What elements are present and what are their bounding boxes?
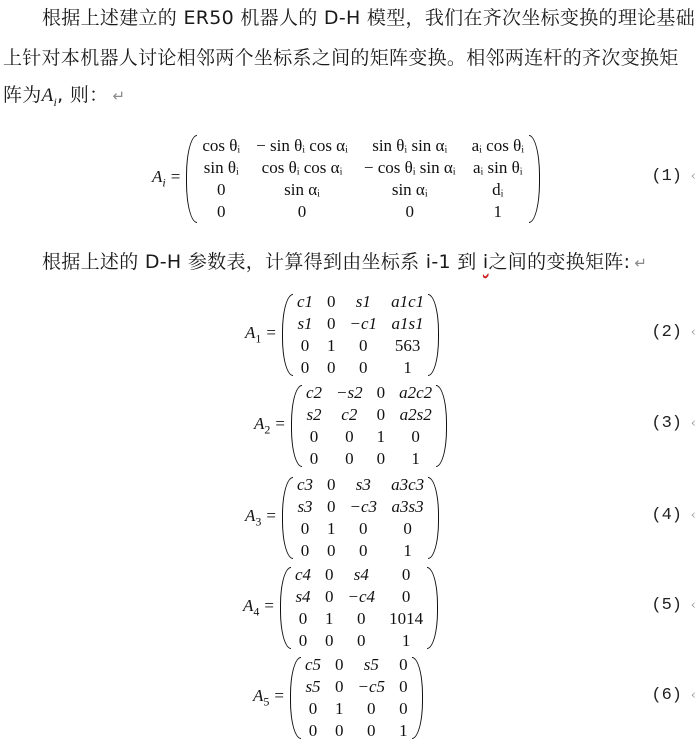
- matrix-cell: a2c2: [392, 382, 439, 404]
- matrix-cell: 0: [328, 676, 351, 698]
- matrix-cell: cos θᵢ: [194, 135, 248, 157]
- matrix-cell: 0: [290, 335, 320, 357]
- anchor-mark-icon: ‹: [691, 325, 696, 340]
- matrix-cell: c3: [290, 474, 320, 496]
- equation-lhs: A5=: [253, 686, 284, 709]
- anchor-mark-icon: ‹: [691, 169, 696, 184]
- matrix-cell: 0: [290, 357, 320, 379]
- matrix-cell: − cos θᵢ sin αᵢ: [356, 157, 464, 179]
- anchor-mark-icon: ‹: [691, 416, 696, 431]
- matrix-cell: 0: [329, 426, 370, 448]
- matrix-cell: 0: [343, 357, 385, 379]
- matrix-cell: 0: [370, 382, 393, 404]
- matrix-cell: 1: [382, 630, 430, 652]
- equation-number: (5): [651, 596, 682, 615]
- matrix-cell: 1: [392, 448, 439, 470]
- matrix-cell: 1: [384, 357, 431, 379]
- matrix-cell: −c4: [341, 586, 383, 608]
- matrix-cell: 0: [318, 586, 341, 608]
- matrix-cell: 0: [290, 518, 320, 540]
- matrix-cell: c2: [299, 382, 329, 404]
- matrix-cell: 1: [370, 426, 393, 448]
- matrix-cell: 0: [299, 426, 329, 448]
- matrix-cell: sin αᵢ: [248, 179, 356, 201]
- matrix-cell: 0: [320, 496, 343, 518]
- matrix-cell: 0: [320, 357, 343, 379]
- matrix-cell: 1: [320, 335, 343, 357]
- matrix-cell: 0: [288, 608, 318, 630]
- matrix-cell: 0: [320, 540, 343, 562]
- matrix-cell: a1c1: [384, 291, 431, 313]
- equation-lhs: A2=: [254, 414, 285, 437]
- matrix-A1: c10s1a1c1 s10−c1a1s1 010563 0001: [290, 291, 431, 379]
- matrix-cell: 0: [320, 313, 343, 335]
- matrix-A5: c50s50 s50−c50 0100 0001: [298, 654, 415, 740]
- matrix-cell: c2: [329, 404, 370, 426]
- right-parenthesis: [436, 385, 447, 467]
- matrix-cell: 1: [328, 698, 351, 720]
- intro-text-3-suffix: , 则：: [57, 84, 108, 106]
- anchor-mark-icon: ‹: [691, 598, 696, 613]
- matrix-cell: 0: [298, 698, 328, 720]
- matrix-cell: c1: [290, 291, 320, 313]
- matrix-cell: 0: [341, 608, 383, 630]
- matrix-cell: s5: [351, 654, 393, 676]
- matrix-A2: c2−s20a2c2 s2c20a2s2 0010 0001: [299, 382, 439, 470]
- right-parenthesis: [412, 657, 423, 739]
- matrix-cell: s2: [299, 404, 329, 426]
- matrix-cell: 0: [298, 720, 328, 740]
- intro-paragraph-line-2: 上针对本机器人讨论相邻两个坐标系之间的矩阵变换。相邻两连杆的齐次变换矩: [3, 38, 696, 78]
- matrix-cell: aᵢ sin θᵢ: [464, 157, 532, 179]
- matrix-cell: dᵢ: [464, 179, 532, 201]
- matrix-cell: 0: [384, 518, 431, 540]
- intro-paragraph-line-1: 根据上述建立的 ER50 机器人的 D-H 模型，我们在齐次坐标变换的理论基础: [42, 0, 696, 38]
- matrix-cell: c4: [288, 564, 318, 586]
- equation-2: A1= c10s1a1c1 s10−c1a1s1 010563 0001 (2)…: [0, 294, 696, 376]
- matrix-cell: aᵢ cos θᵢ: [464, 135, 532, 157]
- matrix-cell: s3: [290, 496, 320, 518]
- matrix-cell: 0: [370, 404, 393, 426]
- matrix-cell: 0: [341, 630, 383, 652]
- matrix-cell: 0: [328, 720, 351, 740]
- matrices-intro-suffix: 之间的变换矩阵:: [489, 251, 631, 273]
- matrix-cell: 0: [351, 698, 393, 720]
- matrix-cell: 1: [318, 608, 341, 630]
- right-parenthesis: [428, 477, 439, 559]
- equation-4: A3= c30s3a3c3 s30−c3a3s3 0100 0001 (4) ‹: [0, 477, 696, 559]
- matrix-cell: 0: [343, 518, 385, 540]
- matrix-cell: 0: [299, 448, 329, 470]
- equation-lhs: A3=: [245, 506, 276, 529]
- matrix-cell: sin θᵢ: [194, 157, 248, 179]
- equation-lhs: A4=: [243, 596, 274, 619]
- matrix-cell: 1014: [382, 608, 430, 630]
- equation-number: (6): [651, 686, 682, 705]
- equation-lhs: A1=: [245, 323, 276, 346]
- matrix-A-i: cos θᵢ − sin θᵢ cos αᵢ sin θᵢ sin αᵢ aᵢ …: [194, 135, 532, 223]
- matrix-cell: a1s1: [384, 313, 431, 335]
- matrix-cell: cos θᵢ cos αᵢ: [248, 157, 356, 179]
- matrix-cell: 0: [392, 426, 439, 448]
- matrix-cell: 0: [320, 474, 343, 496]
- matrix-cell: 0: [351, 720, 393, 740]
- matrix-cell: 0: [248, 201, 356, 223]
- matrix-cell: c5: [298, 654, 328, 676]
- matrix-cell: − sin θᵢ cos αᵢ: [248, 135, 356, 157]
- matrix-cell: −s2: [329, 382, 370, 404]
- matrix-cell: s4: [341, 564, 383, 586]
- matrix-cell: 0: [318, 630, 341, 652]
- equation-3: A2= c2−s20a2c2 s2c20a2s2 0010 0001 (3) ‹: [0, 385, 696, 467]
- intro-text-3-prefix: 阵为: [3, 84, 42, 106]
- equation-number: (4): [651, 506, 682, 525]
- matrix-cell: 0: [328, 654, 351, 676]
- matrix-cell: 0: [318, 564, 341, 586]
- matrix-cell: 1: [320, 518, 343, 540]
- intro-text-1: 根据上述建立的 ER50 机器人的 D-H 模型，我们在齐次坐标变换的理论基础: [42, 7, 695, 29]
- matrix-symbol-A: A: [42, 85, 54, 106]
- matrix-cell: s1: [343, 291, 385, 313]
- matrices-intro-text: 根据上述的 D-H 参数表，计算得到由坐标系 i-1 到: [42, 251, 483, 273]
- matrix-cell: 0: [343, 335, 385, 357]
- matrix-cell: 0: [288, 630, 318, 652]
- matrix-cell: s4: [288, 586, 318, 608]
- matrix-A4: c40s40 s40−c40 0101014 0001: [288, 564, 430, 652]
- equation-number: (3): [651, 414, 682, 433]
- matrix-cell: −c3: [343, 496, 385, 518]
- matrix-cell: sin θᵢ sin αᵢ: [356, 135, 464, 157]
- equation-lhs: Ai=: [152, 167, 180, 190]
- right-parenthesis: [427, 567, 438, 649]
- matrix-cell: a2s2: [392, 404, 439, 426]
- matrix-cell: 0: [370, 448, 393, 470]
- matrix-cell: 0: [343, 540, 385, 562]
- equation-6: A5= c50s50 s50−c50 0100 0001 (6) ‹: [0, 657, 696, 739]
- matrix-cell: a3c3: [384, 474, 431, 496]
- matrix-cell: −c5: [351, 676, 393, 698]
- equation-1: Ai= cos θᵢ − sin θᵢ cos αᵢ sin θᵢ sin αᵢ…: [0, 135, 696, 223]
- matrix-cell: a3s3: [384, 496, 431, 518]
- intro-text-2: 上针对本机器人讨论相邻两个坐标系之间的矩阵变换。相邻两连杆的齐次变换矩: [3, 47, 679, 69]
- paragraph-return-mark-icon: ↵: [112, 87, 125, 105]
- equation-5: A4= c40s40 s40−c40 0101014 0001 (5) ‹: [0, 567, 696, 649]
- matrix-cell: 0: [290, 540, 320, 562]
- matrix-cell: 0: [194, 179, 248, 201]
- matrix-cell: 0: [320, 291, 343, 313]
- matrices-intro-paragraph: 根据上述的 D-H 参数表，计算得到由坐标系 i-1 到 i之间的变换矩阵:↵: [42, 242, 696, 283]
- matrix-cell: 0: [382, 564, 430, 586]
- intro-paragraph-line-3: 阵为Ai, 则：↵: [3, 75, 696, 122]
- matrix-cell: s1: [290, 313, 320, 335]
- matrix-cell: 563: [384, 335, 431, 357]
- paragraph-return-mark-icon: ↵: [634, 254, 647, 272]
- matrix-cell: sin αᵢ: [356, 179, 464, 201]
- right-parenthesis: [529, 135, 540, 223]
- matrix-cell: 0: [356, 201, 464, 223]
- anchor-mark-icon: ‹: [691, 688, 696, 703]
- right-parenthesis: [428, 294, 439, 376]
- equation-number: (1): [651, 167, 682, 186]
- matrix-cell: 0: [329, 448, 370, 470]
- matrix-cell: −c1: [343, 313, 385, 335]
- matrix-cell: 0: [382, 586, 430, 608]
- matrix-cell: s5: [298, 676, 328, 698]
- matrix-cell: 1: [464, 201, 532, 223]
- matrix-cell: 1: [384, 540, 431, 562]
- matrix-cell: 0: [194, 201, 248, 223]
- matrix-A3: c30s3a3c3 s30−c3a3s3 0100 0001: [290, 474, 431, 562]
- equation-number: (2): [651, 323, 682, 342]
- matrix-cell: s3: [343, 474, 385, 496]
- anchor-mark-icon: ‹: [691, 508, 696, 523]
